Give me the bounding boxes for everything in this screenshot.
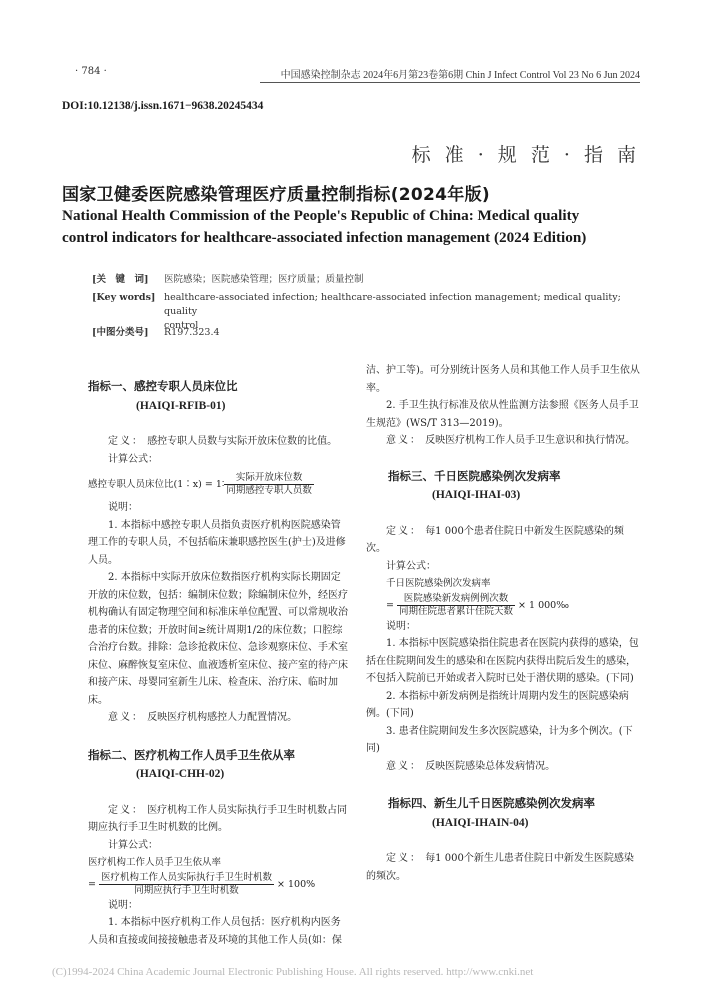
formula-lhs: 感控专职人员床位比(1∶x) = 1∶: [88, 479, 224, 490]
indicator-3-formula: = 医院感染新发病例例次数同期住院患者累计住院天数 × 1 000‰: [366, 593, 641, 618]
indicator-3-code: (HAIQI-IHAI-03): [432, 487, 641, 505]
journal-running-header: 中国感染控制杂志 2024年6月第23卷第6期 Chin J Infect Co…: [260, 66, 640, 83]
indicator-3-note-3: 3. 患者住院期间发生多次医院感染，计为多个例次。(下同): [366, 723, 641, 758]
doi: DOI:10.12138/j.issn.1671−9638.20245434: [62, 100, 263, 112]
classification: [中图分类号]R197.323.4: [92, 326, 220, 340]
definition-label: 定义：: [386, 853, 422, 864]
formula-fraction: 医院感染新发病例例次数同期住院患者累计住院天数: [397, 593, 515, 618]
formula-numerator: 医院感染新发病例例次数: [397, 593, 515, 606]
right-column: 洁、护工等)。可分别统计医务人员和其他工作人员手卫生依从率。 2. 手卫生执行标…: [366, 362, 641, 885]
indicator-4-code: (HAIQI-IHAIN-04): [432, 815, 641, 833]
keywords-en-value-line1: healthcare-associated infection; healthc…: [164, 292, 621, 317]
title-english: National Health Commission of the People…: [62, 205, 642, 249]
formula-name: 医疗机构工作人员手卫生依从率: [88, 854, 350, 872]
indicator-3-note-2: 2. 本指标中新发病例是指统计周期内发生的医院感染病例。(下同): [366, 688, 641, 723]
definition-label: 定义：: [108, 436, 144, 447]
title-english-line2: control indicators for healthcare-associ…: [62, 227, 642, 249]
classification-value: R197.323.4: [164, 326, 220, 340]
indicator-2-note-2: 2. 手卫生执行标准及依从性监测方法参照《医务人员手卫生规范》(WS/T 313…: [366, 397, 641, 432]
formula-denominator: 同期感控专职人员数: [224, 485, 314, 497]
indicator-3-note-1: 1. 本指标中医院感染指住院患者在医院内获得的感染，包括在住院期间发生的感染和在…: [366, 635, 641, 688]
meaning-label: 意义：: [386, 435, 422, 446]
indicator-2-note-1-cont: 洁、护工等)。可分别统计医务人员和其他工作人员手卫生依从率。: [366, 362, 641, 397]
indicator-1-heading: 指标一、感控专职人员床位比: [88, 378, 350, 396]
indicator-2-code: (HAIQI-CHH-02): [136, 766, 350, 784]
formula-denominator: 同期应执行手卫生时机数: [99, 885, 274, 897]
indicator-1-note-2: 2. 本指标中实际开放床位数指医疗机构实际长期固定开放的床位数，包括：编制床位数…: [88, 569, 350, 709]
indicator-1-meaning: 反映医疗机构感控人力配置情况。: [147, 712, 297, 723]
indicator-4-heading: 指标四、新生儿千日医院感染例次发病率: [388, 795, 641, 813]
indicator-3-heading: 指标三、千日医院感染例次发病率: [388, 468, 641, 486]
classification-label: [中图分类号]: [92, 326, 164, 340]
keywords-zh-label: [关 键 词]: [92, 273, 164, 287]
formula-multiplier: × 100%: [277, 879, 315, 890]
formula-multiplier: × 1 000‰: [518, 600, 569, 611]
meaning-label: 意义：: [386, 761, 422, 772]
indicator-3-meaning: 反映医院感染总体发病情况。: [425, 761, 555, 772]
keywords-zh-value: 医院感染；医院感染管理；医疗质量；质量控制: [164, 273, 364, 287]
meaning-label: 意义：: [108, 712, 144, 723]
formula-numerator: 实际开放床位数: [224, 472, 314, 485]
formula-name: 千日医院感染例次发病率: [366, 575, 641, 593]
formula-label: 计算公式：: [88, 451, 350, 469]
definition-label: 定义：: [108, 805, 144, 816]
left-column: 指标一、感控专职人员床位比 (HAIQI-RFIB-01) 定义： 感控专职人员…: [88, 378, 350, 949]
indicator-2-heading: 指标二、医疗机构工作人员手卫生依从率: [88, 747, 350, 765]
copyright-footer: (C)1994-2024 China Academic Journal Elec…: [52, 966, 533, 978]
formula-fraction: 医疗机构工作人员实际执行手卫生时机数同期应执行手卫生时机数: [99, 872, 274, 897]
section-tag: 标 准 · 规 范 · 指 南: [412, 140, 640, 167]
indicator-2-note-1: 1. 本指标中医疗机构工作人员包括：医疗机构内医务人员和直接或间接接触患者及环境…: [88, 914, 350, 949]
keywords-zh: [关 键 词]医院感染；医院感染管理；医疗质量；质量控制: [92, 273, 364, 287]
formula-label: 计算公式：: [366, 558, 641, 576]
keywords-en-label: [Key words]: [92, 291, 164, 305]
indicator-1-note-1: 1. 本指标中感控专职人员指负责医疗机构医院感染管理工作的专职人员，不包括临床兼…: [88, 517, 350, 570]
formula-fraction: 实际开放床位数同期感控专职人员数: [224, 472, 314, 497]
notes-label: 说明：: [88, 499, 350, 517]
notes-label: 说明：: [88, 897, 350, 915]
indicator-1-formula: 感控专职人员床位比(1∶x) = 1∶实际开放床位数同期感控专职人员数: [88, 472, 350, 497]
page-number: · 784 ·: [75, 66, 107, 77]
title-chinese: 国家卫健委医院感染管理医疗质量控制指标(2024年版): [62, 180, 490, 205]
indicator-1-code: (HAIQI-RFIB-01): [136, 398, 350, 416]
indicator-1-definition: 感控专职人员数与实际开放床位数的比值。: [147, 436, 337, 447]
formula-label: 计算公式：: [88, 837, 350, 855]
indicator-2-meaning: 反映医疗机构工作人员手卫生意识和执行情况。: [425, 435, 635, 446]
title-english-line1: National Health Commission of the People…: [62, 205, 642, 227]
definition-label: 定义：: [386, 526, 422, 537]
formula-denominator: 同期住院患者累计住院天数: [397, 606, 515, 618]
formula-numerator: 医疗机构工作人员实际执行手卫生时机数: [99, 872, 274, 885]
notes-label: 说明：: [366, 618, 641, 636]
indicator-2-formula: = 医疗机构工作人员实际执行手卫生时机数同期应执行手卫生时机数 × 100%: [88, 872, 350, 897]
